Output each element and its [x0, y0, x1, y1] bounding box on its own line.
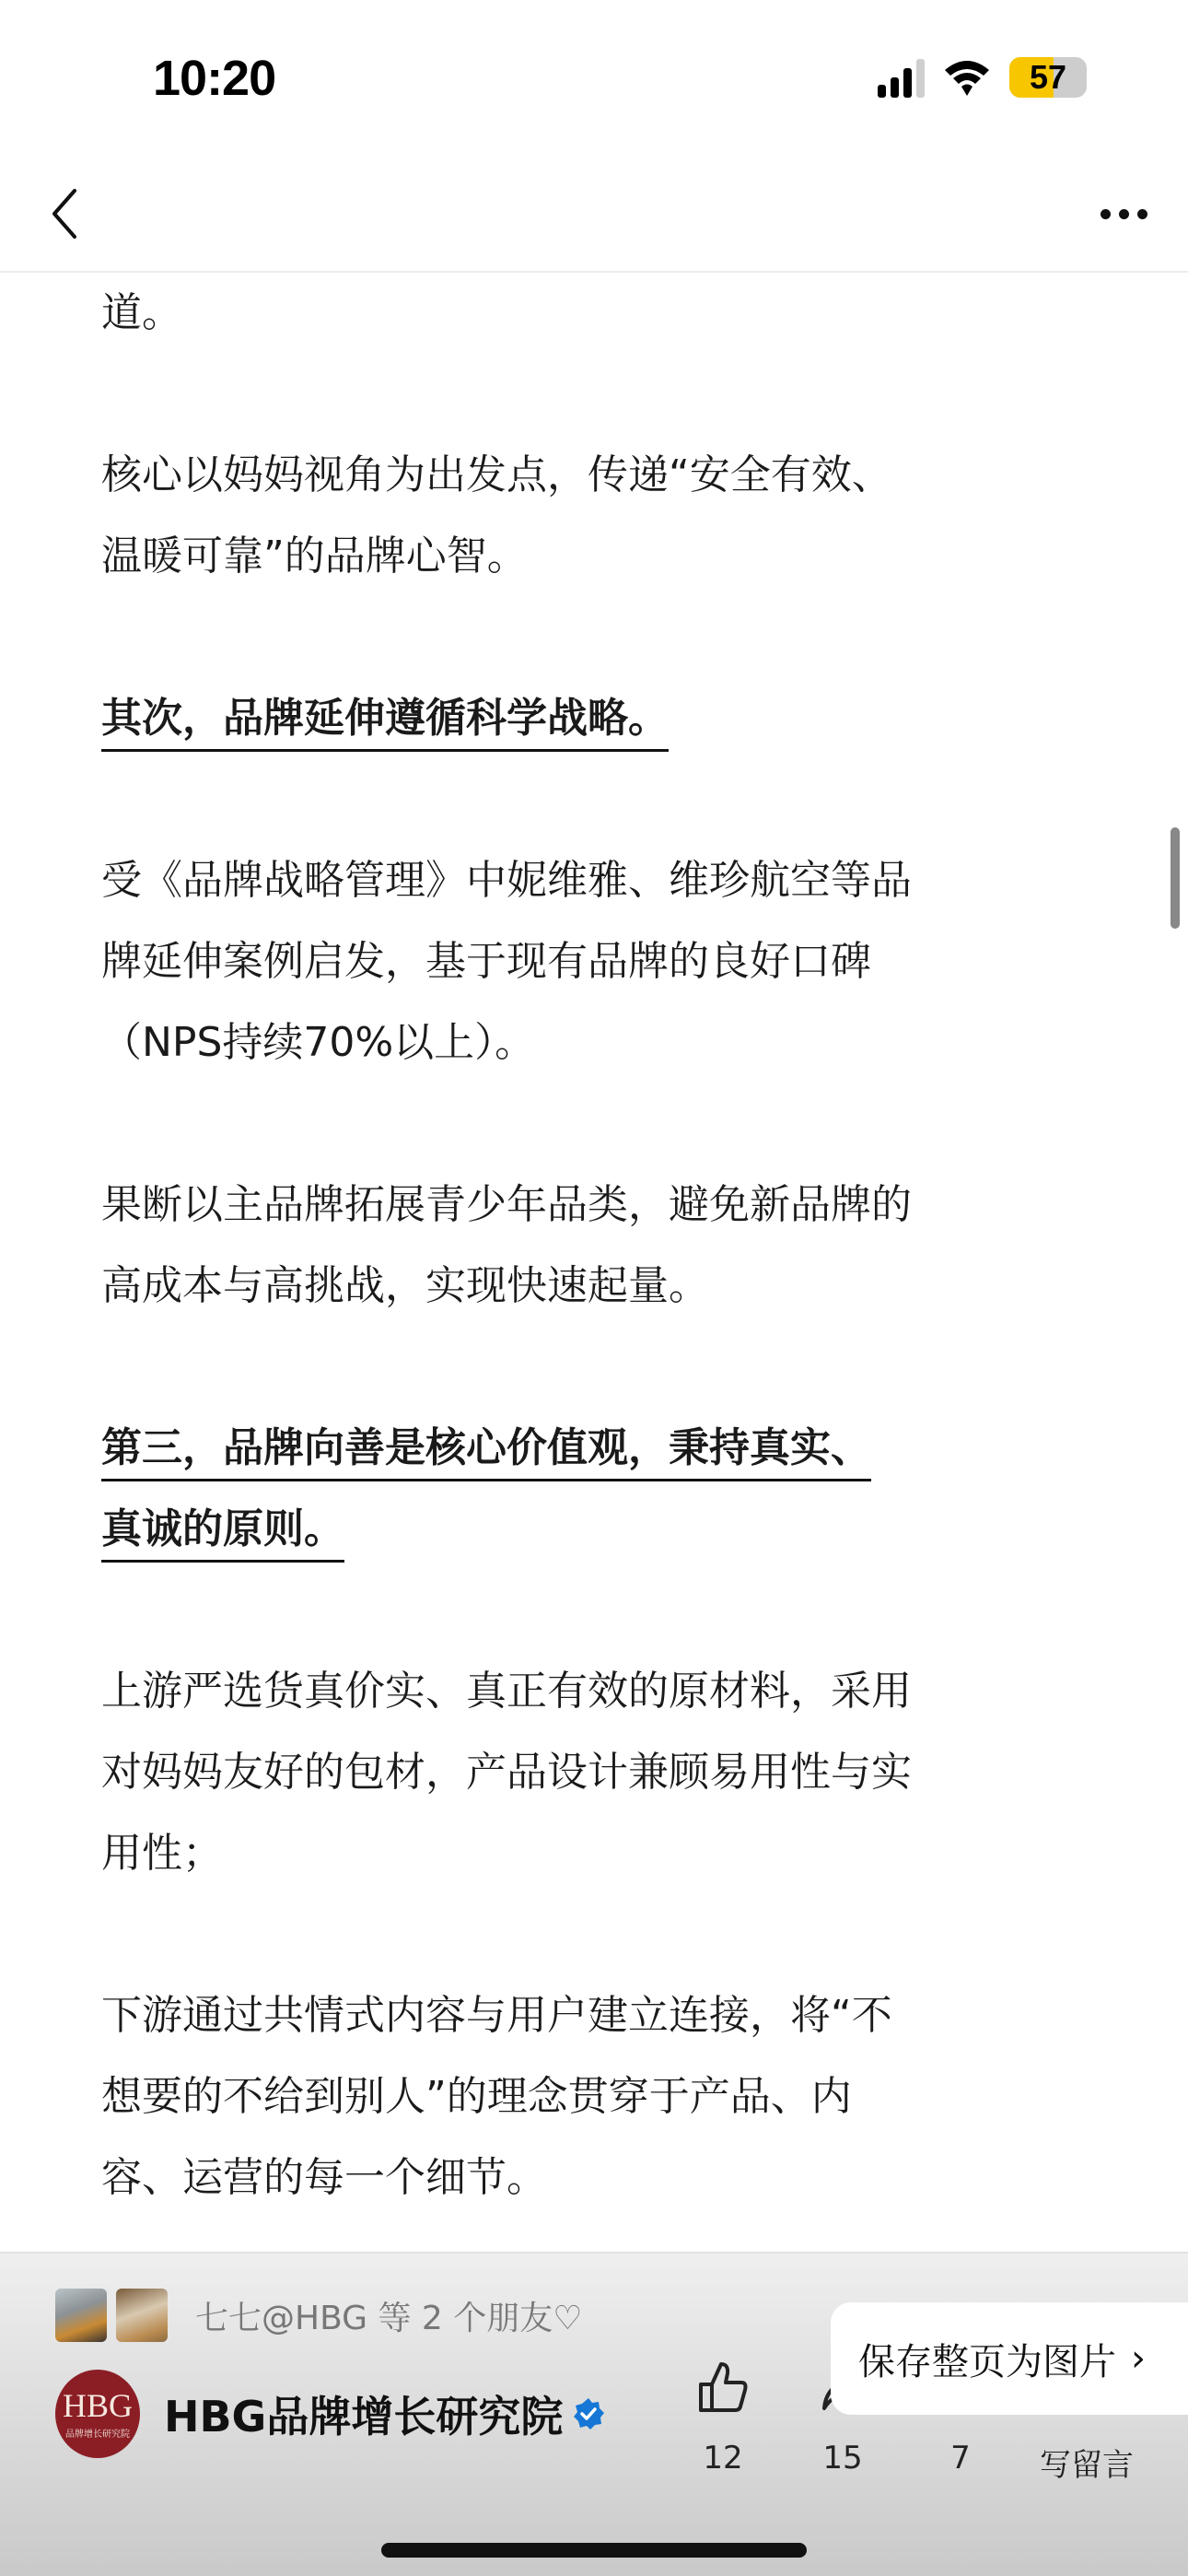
chevron-left-icon: [49, 187, 80, 240]
status-time: 10:20: [153, 50, 275, 107]
paragraph: 上游严选货真价实、真正有效的原材料，采用 对妈妈友好的包材，产品设计兼顾易用性与…: [101, 1651, 1096, 1894]
account-avatar[interactable]: HBG 品牌增长研究院: [55, 2370, 140, 2458]
more-dots-icon: [1101, 209, 1111, 219]
heading-text: 真诚的原则。: [101, 1505, 344, 1563]
logo-text: HBG: [63, 2389, 133, 2422]
save-page-as-image-button[interactable]: 保存整页为图片 ›: [831, 2302, 1188, 2415]
account-info[interactable]: HBG 品牌增长研究院 HBG品牌增长研究院: [55, 2370, 605, 2458]
text-line: 受《品牌战略管理》中妮维雅、维珍航空等品: [101, 857, 912, 904]
article-body: 道。 核心以妈妈视角为出发点，传递“安全有效、 温暖可靠”的品牌心智。 其次，品…: [101, 273, 1096, 2219]
like-button[interactable]: 12: [681, 2346, 764, 2476]
more-button[interactable]: [1087, 175, 1160, 252]
section-heading: 第三，品牌向善是核心价值观，秉持真实、 真诚的原则。: [101, 1408, 1096, 1570]
wifi-icon: [943, 57, 991, 98]
status-bar: 10:20 57: [0, 0, 1188, 157]
text-line: 道。: [101, 289, 182, 336]
text-line: 核心以妈妈视角为出发点，传递“安全有效、: [101, 451, 892, 498]
comment-label: 写留言: [1040, 2440, 1134, 2485]
text-line: 果断以主品牌拓展青少年品类，避免新品牌的: [101, 1181, 912, 1228]
account-name[interactable]: HBG品牌增长研究院: [164, 2383, 563, 2444]
heart-count: 7: [950, 2440, 971, 2476]
save-popup-label: 保存整页为图片: [858, 2333, 1116, 2385]
share-count: 15: [822, 2440, 862, 2476]
friend-avatar: [116, 2289, 168, 2342]
friends-text: 七七@HBG 等 2 个朋友♡: [195, 2292, 583, 2339]
home-indicator[interactable]: [381, 2543, 807, 2558]
text-line: 对妈妈友好的包材，产品设计兼顾易用性与实: [101, 1749, 912, 1796]
thumbs-up-icon: [697, 2360, 749, 2414]
scrollbar[interactable]: [1171, 827, 1180, 929]
nav-bar: [0, 157, 1188, 273]
chevron-right-icon: ›: [1131, 2337, 1146, 2380]
text-line: 高成本与高挑战，实现快速起量。: [101, 1262, 709, 1309]
paragraph: 下游通过共情式内容与用户建立连接，将“不 想要的不给到别人”的理念贯穿于产品、内…: [101, 1975, 1096, 2219]
section-heading: 其次，品牌延伸遵循科学战略。: [101, 678, 1096, 759]
friends-liked[interactable]: 七七@HBG 等 2 个朋友♡: [55, 2289, 583, 2342]
heading-text: 其次，品牌延伸遵循科学战略。: [101, 695, 669, 752]
paragraph: 受《品牌战略管理》中妮维雅、维珍航空等品 牌延伸案例启发，基于现有品牌的良好口碑…: [101, 840, 1096, 1083]
text-line: 上游严选货真价实、真正有效的原材料，采用: [101, 1668, 912, 1715]
paragraph: 果断以主品牌拓展青少年品类，避免新品牌的 高成本与高挑战，实现快速起量。: [101, 1165, 1096, 1327]
text-line: 想要的不给到别人”的理念贯穿于产品、内: [101, 2073, 852, 2120]
text-line: 容、运营的每一个细节。: [101, 2154, 547, 2201]
text-line: （NPS持续70%以上）。: [101, 1019, 535, 1066]
like-count: 12: [703, 2440, 742, 2476]
more-dot: [1119, 209, 1129, 219]
battery-icon: 57: [1009, 57, 1087, 98]
text-line: 牌延伸案例启发，基于现有品牌的良好口碑: [101, 938, 871, 985]
status-icons: 57: [878, 57, 1087, 98]
paragraph: 道。: [101, 273, 1096, 354]
cellular-signal-icon: [878, 57, 925, 98]
text-line: 下游通过共情式内容与用户建立连接，将“不: [101, 1992, 892, 2039]
paragraph: 核心以妈妈视角为出发点，传递“安全有效、 温暖可靠”的品牌心智。: [101, 435, 1096, 597]
text-line: 用性；: [101, 1830, 223, 1877]
battery-percent: 57: [1030, 58, 1066, 97]
heading-text: 第三，品牌向善是核心价值观，秉持真实、: [101, 1424, 871, 1481]
verified-badge-icon: [572, 2397, 605, 2430]
logo-subtext: 品牌增长研究院: [65, 2426, 130, 2440]
friend-avatar: [55, 2289, 107, 2342]
text-line: 温暖可靠”的品牌心智。: [101, 533, 528, 580]
back-button[interactable]: [37, 175, 92, 252]
more-dot: [1137, 209, 1147, 219]
